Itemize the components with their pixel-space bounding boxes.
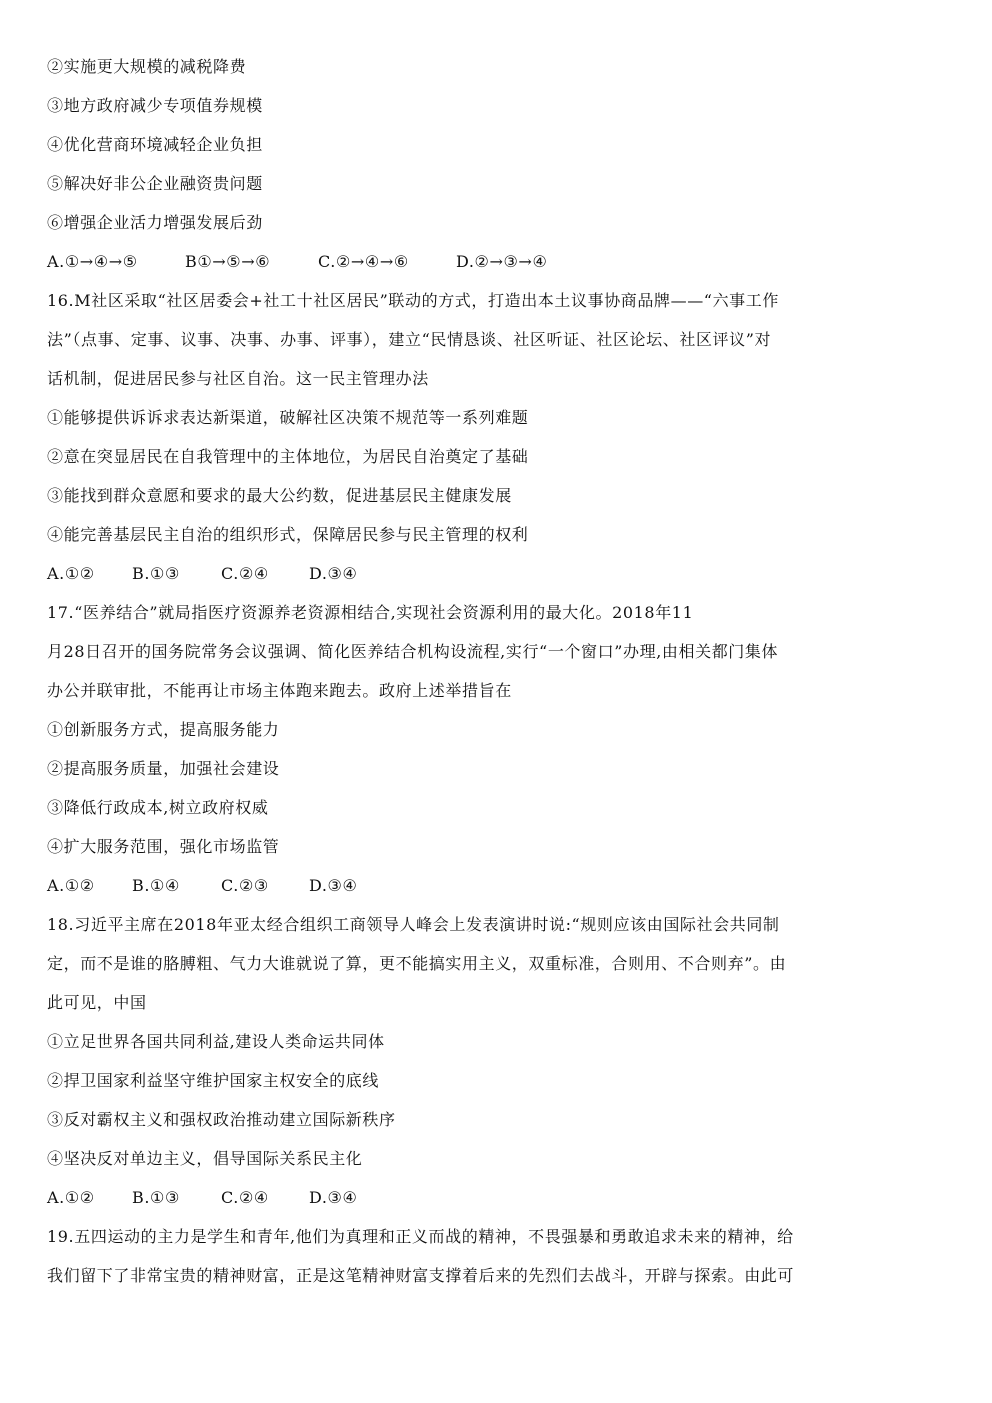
q18-stem-line-3: 此可见，中国 xyxy=(47,991,847,1030)
q16-option-c: C.②④ xyxy=(221,562,309,601)
q18-item-3: ③反对霸权主义和强权政治推动建立国际新秩序 xyxy=(47,1108,847,1147)
q19-stem-line-1: 19.五四运动的主力是学生和青年,他们为真理和正义而战的精神，不畏强暴和勇敢追求… xyxy=(47,1225,847,1264)
q16-stem-line-3: 话机制，促进居民参与社区自治。这一民主管理办法 xyxy=(47,367,847,406)
q16-stem-line-1: 16.M社区采取“社区居委会+社工十社区居民”联动的方式，打造出本土议事协商品牌… xyxy=(47,289,847,328)
q18-option-c: C.②④ xyxy=(221,1186,309,1225)
q17-item-1: ①创新服务方式，提高服务能力 xyxy=(47,718,847,757)
q15-item-3: ③地方政府减少专项值券规模 xyxy=(47,94,847,133)
q17-stem-line-3: 办公并联审批，不能再让市场主体跑来跑去。政府上述举措旨在 xyxy=(47,679,847,718)
q17-stem-line-1: 17.“医养结合”就局指医疗资源养老资源相结合,实现社会资源利用的最大化。201… xyxy=(47,601,847,640)
q17-item-3: ③降低行政成本,树立政府权威 xyxy=(47,796,847,835)
q18-options: A.①② B.①③ C.②④ D.③④ xyxy=(47,1186,847,1225)
q18-option-b: B.①③ xyxy=(132,1186,221,1225)
q16-option-b: B.①③ xyxy=(132,562,221,601)
q16-item-2: ②意在突显居民在自我管理中的主体地位，为居民自治奠定了基础 xyxy=(47,445,847,484)
q16-item-1: ①能够提供诉诉求表达新渠道，破解社区决策不规范等一系列难题 xyxy=(47,406,847,445)
q17-option-a: A.①② xyxy=(47,874,132,913)
q16-options: A.①② B.①③ C.②④ D.③④ xyxy=(47,562,847,601)
q16-item-3: ③能找到群众意愿和要求的最大公约数，促进基层民主健康发展 xyxy=(47,484,847,523)
q17-option-b: B.①④ xyxy=(132,874,221,913)
q15-option-d: D.②→③→④ xyxy=(456,250,547,289)
q16-item-4: ④能完善基层民主自治的组织形式，保障居民参与民主管理的权利 xyxy=(47,523,847,562)
q18-stem-line-2: 定，而不是谁的胳膊粗、气力大谁就说了算，更不能搞实用主义，双重标准，合则用、不合… xyxy=(47,952,847,991)
q18-item-2: ②捍卫国家利益坚守维护国家主权安全的底线 xyxy=(47,1069,847,1108)
q17-item-4: ④扩大服务范围，强化市场监管 xyxy=(47,835,847,874)
q17-option-d: D.③④ xyxy=(309,874,357,913)
exam-page: ②实施更大规模的减税降费 ③地方政府减少专项值券规模 ④优化营商环境减轻企业负担… xyxy=(47,55,847,1303)
q18-stem-line-1: 18.习近平主席在2018年亚太经合组织工商领导人峰会上发表演讲时说:“规则应该… xyxy=(47,913,847,952)
question-19: 19.五四运动的主力是学生和青年,他们为真理和正义而战的精神，不畏强暴和勇敢追求… xyxy=(47,1225,847,1303)
q18-option-a: A.①② xyxy=(47,1186,132,1225)
q15-option-b: B①→⑤→⑥ xyxy=(185,250,318,289)
q18-item-4: ④坚决反对单边主义，倡导国际关系民主化 xyxy=(47,1147,847,1186)
q18-item-1: ①立足世界各国共同利益,建设人类命运共同体 xyxy=(47,1030,847,1069)
q16-option-d: D.③④ xyxy=(309,562,357,601)
q17-stem-line-2: 月28日召开的国务院常务会议强调、简化医养结合机构设流程,实行“一个窗口”办理,… xyxy=(47,640,847,679)
q15-option-a: A.①→④→⑤ xyxy=(47,250,185,289)
q17-item-2: ②提高服务质量，加强社会建设 xyxy=(47,757,847,796)
q19-stem-line-2: 我们留下了非常宝贵的精神财富，正是这笔精神财富支撑着后来的先烈们去战斗，开辟与探… xyxy=(47,1264,847,1303)
q17-option-c: C.②③ xyxy=(221,874,309,913)
q15-item-5: ⑤解决好非公企业融资贵问题 xyxy=(47,172,847,211)
question-15: ②实施更大规模的减税降费 ③地方政府减少专项值券规模 ④优化营商环境减轻企业负担… xyxy=(47,55,847,289)
q15-options: A.①→④→⑤ B①→⑤→⑥ C.②→④→⑥ D.②→③→④ xyxy=(47,250,847,289)
q15-option-c: C.②→④→⑥ xyxy=(318,250,456,289)
q16-stem-line-2: 法”（点事、定事、议事、决事、办事、评事），建立“民情恳谈、社区听证、社区论坛、… xyxy=(47,328,847,367)
q17-options: A.①② B.①④ C.②③ D.③④ xyxy=(47,874,847,913)
q16-option-a: A.①② xyxy=(47,562,132,601)
question-17: 17.“医养结合”就局指医疗资源养老资源相结合,实现社会资源利用的最大化。201… xyxy=(47,601,847,913)
q15-item-6: ⑥增强企业活力增强发展后劲 xyxy=(47,211,847,250)
question-18: 18.习近平主席在2018年亚太经合组织工商领导人峰会上发表演讲时说:“规则应该… xyxy=(47,913,847,1225)
q15-item-2: ②实施更大规模的减税降费 xyxy=(47,55,847,94)
q15-item-4: ④优化营商环境减轻企业负担 xyxy=(47,133,847,172)
q18-option-d: D.③④ xyxy=(309,1186,357,1225)
question-16: 16.M社区采取“社区居委会+社工十社区居民”联动的方式，打造出本土议事协商品牌… xyxy=(47,289,847,601)
